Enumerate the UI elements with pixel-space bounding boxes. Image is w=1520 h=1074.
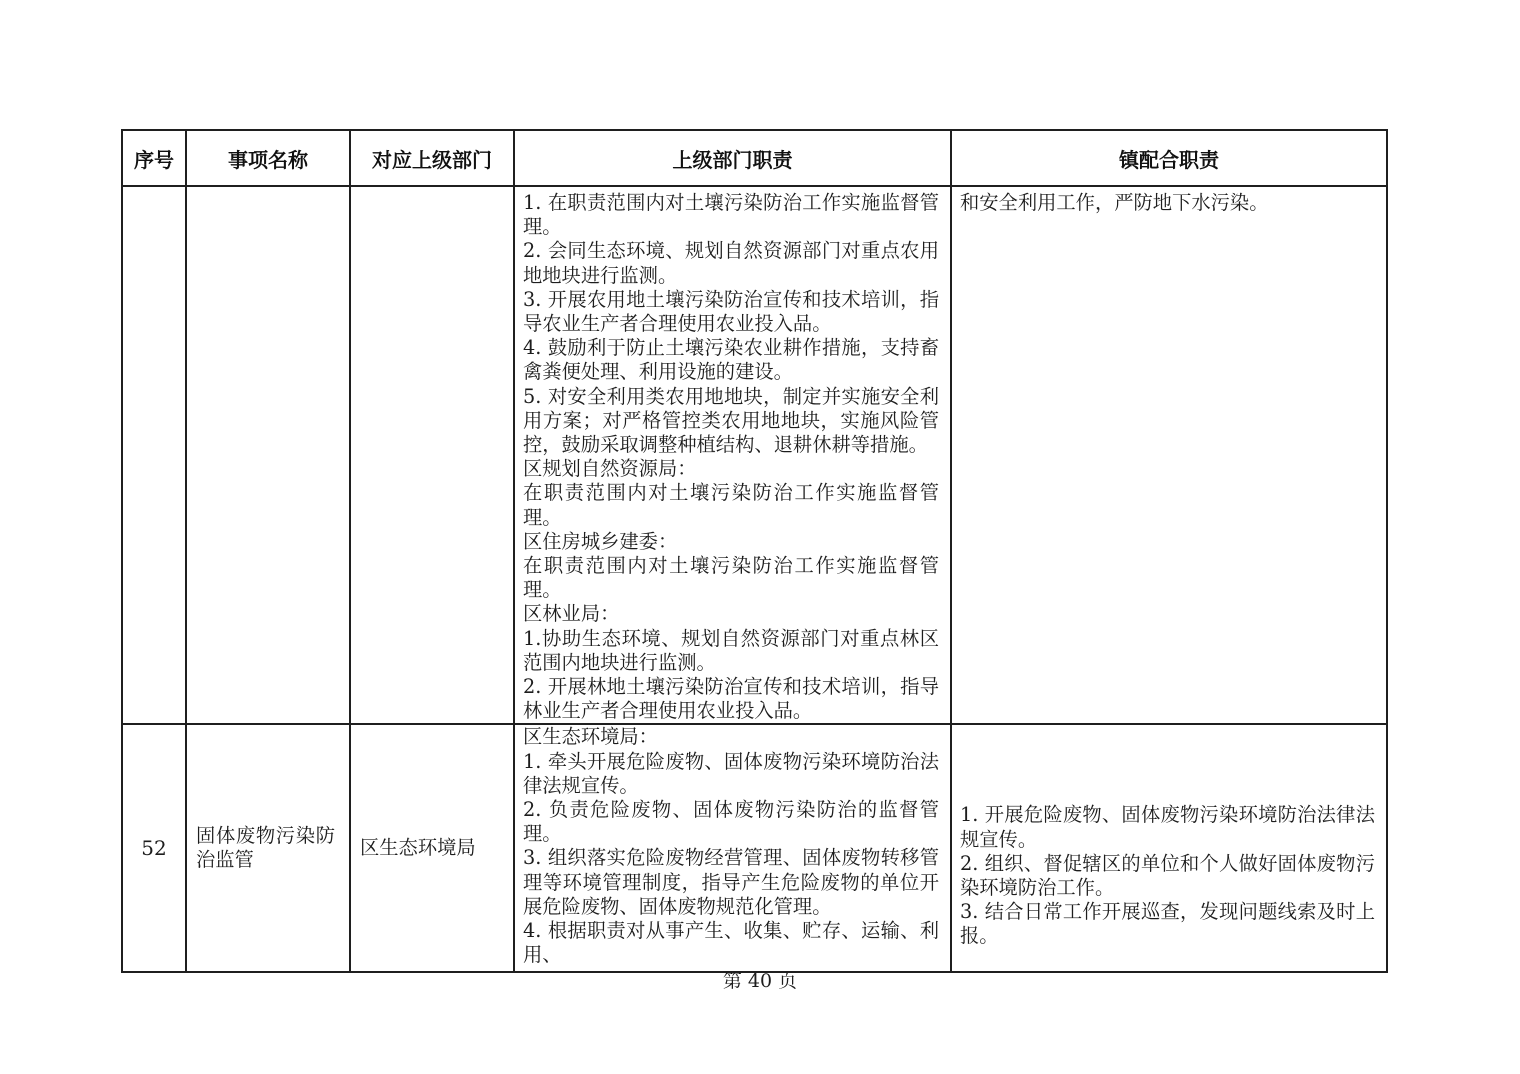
duty-paragraph: 2. 开展林地土壤污染防治宣传和技术培训，指导林业生产者合理使用农业投入品。 <box>523 675 939 723</box>
col-header-town-duties: 镇配合职责 <box>951 130 1387 186</box>
table-row: 52 固体废物污染防治监管 区生态环境局 区生态环境局：1. 牵头开展危险废物、… <box>122 724 1387 971</box>
duty-paragraph: 区生态环境局： <box>523 725 939 749</box>
duty-paragraph: 区规划自然资源局： <box>523 457 939 481</box>
duty-paragraph: 2. 负责危险废物、固体废物污染防治的监督管理。 <box>523 798 939 846</box>
duty-paragraph: 1. 牵头开展危险废物、固体废物污染环境防治法律法规宣传。 <box>523 750 939 798</box>
cell-town-duties: 和安全利用工作，严防地下水污染。 <box>951 186 1387 724</box>
page-number: 第 40 页 <box>0 966 1520 993</box>
duty-paragraph: 3. 结合日常工作开展巡查，发现问题线索及时上报。 <box>960 900 1375 948</box>
duty-paragraph: 在职责范围内对土壤污染防治工作实施监督管理。 <box>523 554 939 602</box>
duty-paragraph: 5. 对安全利用类农用地地块，制定并实施安全利用方案；对严格管控类农用地地块，实… <box>523 385 939 458</box>
duty-paragraph: 区住房城乡建委： <box>523 530 939 554</box>
duty-paragraph: 3. 组织落实危险废物经营管理、固体废物转移管理等环境管理制度，指导产生危险废物… <box>523 846 939 919</box>
duty-paragraph: 1. 在职责范围内对土壤污染防治工作实施监督管理。 <box>523 191 939 239</box>
duty-paragraph: 4. 鼓励利于防止土壤污染农业耕作措施，支持畜禽粪便处理、利用设施的建设。 <box>523 336 939 384</box>
cell-seq <box>122 186 186 724</box>
col-header-item-name: 事项名称 <box>186 130 350 186</box>
duty-paragraph: 2. 会同生态环境、规划自然资源部门对重点农用地地块进行监测。 <box>523 239 939 287</box>
cell-item-name <box>186 186 350 724</box>
table-header-row: 序号 事项名称 对应上级部门 上级部门职责 镇配合职责 <box>122 130 1387 186</box>
cell-item-name: 固体废物污染防治监管 <box>186 724 350 971</box>
cell-superior-department: 区生态环境局 <box>350 724 514 971</box>
duty-paragraph: 区林业局： <box>523 602 939 626</box>
cell-superior-duties: 1. 在职责范围内对土壤污染防治工作实施监督管理。2. 会同生态环境、规划自然资… <box>514 186 951 724</box>
cell-town-duties: 1. 开展危险废物、固体废物污染环境防治法律法规宣传。2. 组织、督促辖区的单位… <box>951 724 1387 971</box>
cell-seq: 52 <box>122 724 186 971</box>
col-header-superior-department: 对应上级部门 <box>350 130 514 186</box>
col-header-superior-duties: 上级部门职责 <box>514 130 951 186</box>
duty-paragraph: 3. 开展农用地土壤污染防治宣传和技术培训，指导农业生产者合理使用农业投入品。 <box>523 288 939 336</box>
duty-paragraph: 和安全利用工作，严防地下水污染。 <box>960 191 1375 215</box>
responsibilities-table: 序号 事项名称 对应上级部门 上级部门职责 镇配合职责 1. 在职责范围内对土壤… <box>121 129 1388 973</box>
duty-paragraph: 4. 根据职责对从事产生、收集、贮存、运输、利用、 <box>523 919 939 967</box>
duty-paragraph: 1.协助生态环境、规划自然资源部门对重点林区范围内地块进行监测。 <box>523 627 939 675</box>
col-header-seq: 序号 <box>122 130 186 186</box>
cell-superior-duties: 区生态环境局：1. 牵头开展危险废物、固体废物污染环境防治法律法规宣传。2. 负… <box>514 724 951 971</box>
duty-paragraph: 2. 组织、督促辖区的单位和个人做好固体废物污染环境防治工作。 <box>960 852 1375 900</box>
duty-paragraph: 在职责范围内对土壤污染防治工作实施监督管理。 <box>523 481 939 529</box>
cell-superior-department <box>350 186 514 724</box>
table-row: 1. 在职责范围内对土壤污染防治工作实施监督管理。2. 会同生态环境、规划自然资… <box>122 186 1387 724</box>
duty-paragraph: 1. 开展危险废物、固体废物污染环境防治法律法规宣传。 <box>960 803 1375 851</box>
